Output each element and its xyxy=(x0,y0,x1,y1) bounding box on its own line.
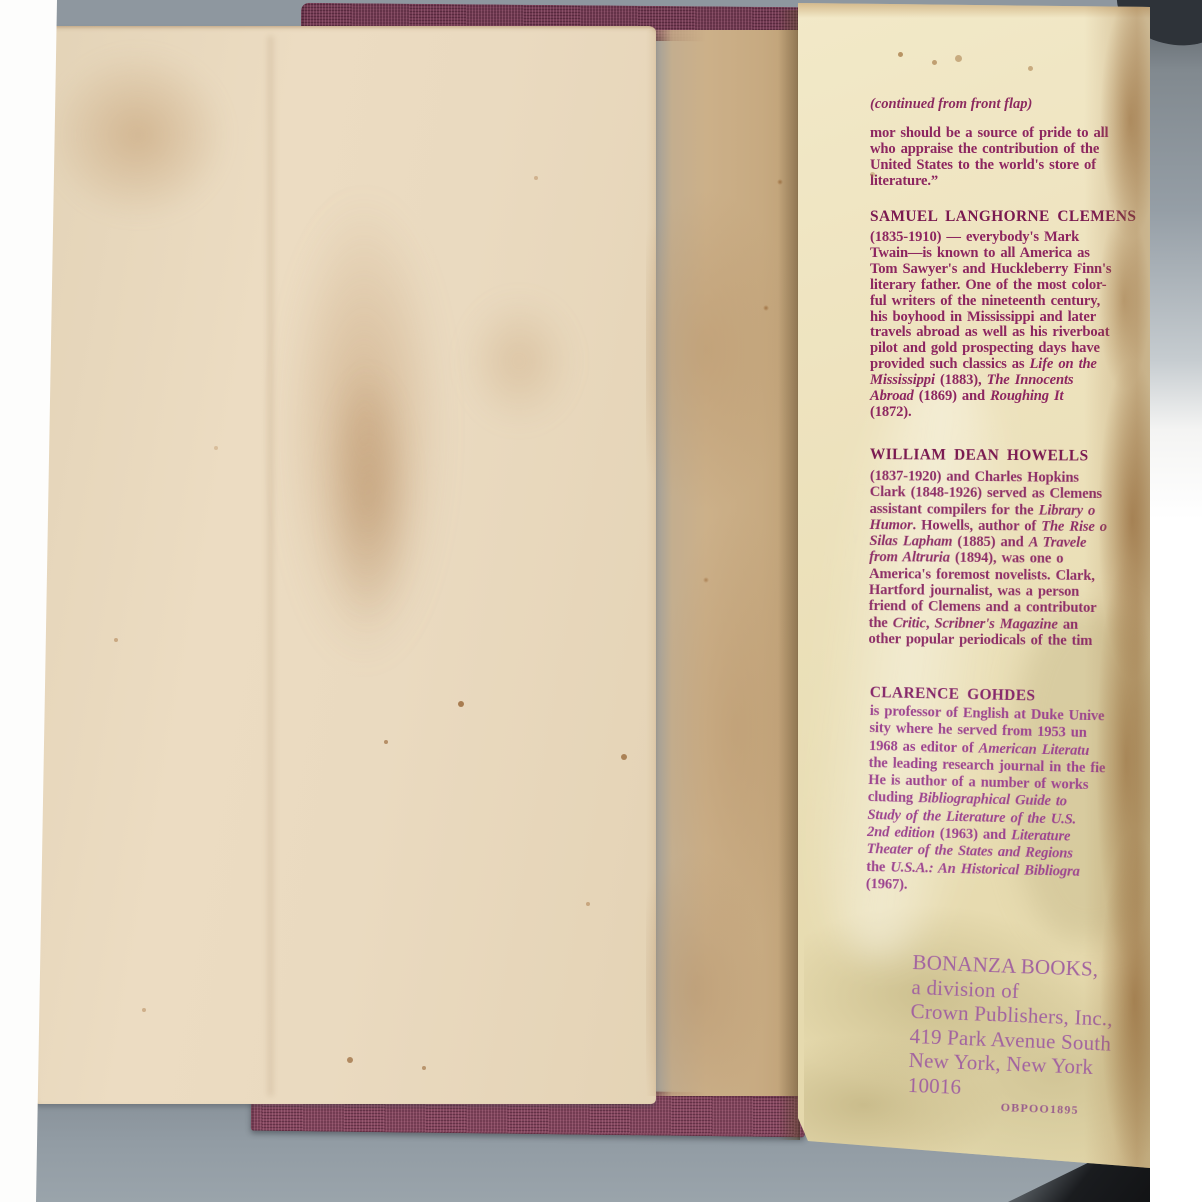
gutter-tan-band xyxy=(646,30,800,1096)
page-crease xyxy=(266,36,275,1096)
text-line: literature.” xyxy=(870,174,1108,190)
text-line: his boyhood in Mississippi and later xyxy=(870,310,1111,326)
stock-code: OBPOO1895 xyxy=(1000,1100,1079,1118)
text-line: Tom Sawyer's and Huckleberry Finn's xyxy=(870,262,1111,278)
heading-william-howells: WILLIAM DEAN HOWELLS xyxy=(870,446,1089,466)
page-stain-topleft xyxy=(48,50,228,220)
text-line: (1872). xyxy=(870,405,1111,421)
gutter-mottling xyxy=(646,30,800,1096)
text-line: friend of Clemens and a contributor xyxy=(869,598,1107,616)
text-line: provided such classics as Life on the xyxy=(870,357,1111,373)
text-line: other popular periodicals of the tim xyxy=(868,631,1106,649)
heading-clarence-gohdes: CLARENCE GOHDES xyxy=(870,684,1036,705)
page-stain-center-dark xyxy=(324,366,414,626)
flap-right-foxing-band xyxy=(1084,0,1150,1174)
text-line: travels abroad as well as his riverboat xyxy=(870,325,1111,341)
text-line: literary father. One of the most color- xyxy=(870,278,1111,294)
continued-note: (continued from front flap) xyxy=(870,96,1032,113)
text-line: Twain—is known to all America as xyxy=(870,246,1111,262)
dust-jacket-flap: (continued from front flap) mor should b… xyxy=(798,0,1150,1174)
text-line: Mississippi (1883), The Innocents xyxy=(870,373,1111,389)
flap-foxing-dots xyxy=(898,52,903,57)
paragraph-william-howells: (1837-1920) and Charles HopkinsClark (18… xyxy=(868,468,1107,649)
intro-paragraph: mor should be a source of pride to allwh… xyxy=(870,126,1108,190)
flap-edge-shadow xyxy=(778,10,800,1140)
page-stain-mid xyxy=(464,296,574,426)
text-line: who appraise the contribution of the xyxy=(870,142,1108,158)
left-page xyxy=(34,26,656,1104)
text-line: (1835-1910) — everybody's Mark xyxy=(870,230,1111,246)
right-background-band xyxy=(1148,0,1202,1202)
text-line: the Critic, Scribner's Magazine an xyxy=(869,615,1107,633)
paragraph-samuel-clemens: (1835-1910) — everybody's MarkTwain—is k… xyxy=(870,230,1111,421)
text-line: United States to the world's store of xyxy=(870,158,1108,174)
text-line: pilot and gold prospecting days have xyxy=(870,341,1111,357)
paragraph-clarence-gohdes: is professor of English at Duke Univesit… xyxy=(866,703,1107,899)
text-line: Abroad (1869) and Roughing It xyxy=(870,389,1111,405)
text-line: mor should be a source of pride to all xyxy=(870,126,1108,142)
text-line: ful writers of the nineteenth century, xyxy=(870,294,1111,310)
text-line: Hartford journalist, was a person xyxy=(869,582,1107,600)
book-photo: (continued from front flap) mor should b… xyxy=(0,0,1202,1202)
